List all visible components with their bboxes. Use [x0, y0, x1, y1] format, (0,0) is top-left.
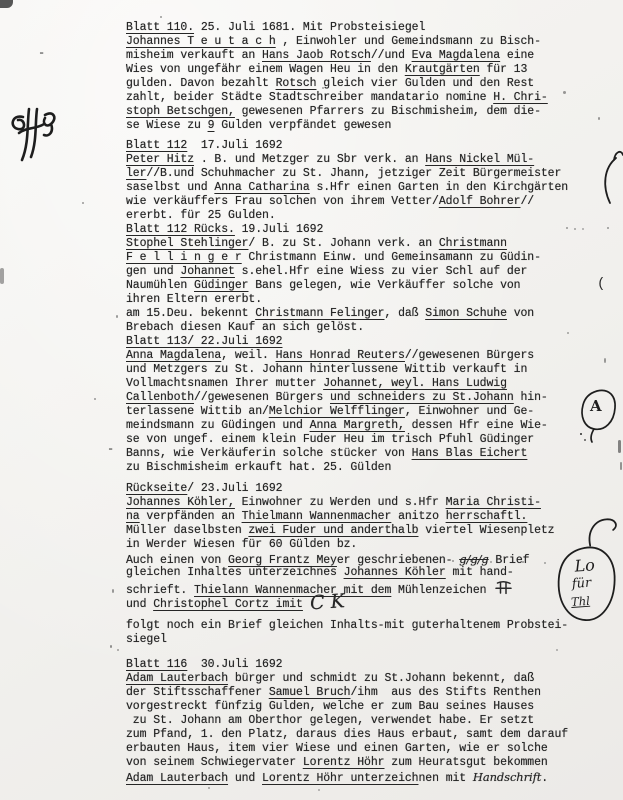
text-segment: Brebach diesen Kauf an sich gelöst.	[126, 321, 364, 334]
text-segment: , Einwohner und Ge-	[405, 405, 534, 418]
text-segment: eine	[500, 49, 534, 62]
scan-speck	[598, 117, 600, 120]
underlined-text: Peter Hitz	[126, 153, 194, 166]
scanned-archive-page: { "document": { "blocks": [ {"lines": [ …	[0, 0, 623, 800]
underlined-text: Johannes Köhler,	[126, 496, 235, 509]
text-segment: gulden. Davon bezahlt	[126, 77, 276, 90]
oval-note-line: für	[571, 576, 591, 592]
text-segment: in Werder Wiesen für 60 Gülden bz.	[126, 538, 357, 551]
scan-speck	[160, 16, 162, 18]
text-segment: 17.Juli 1692	[187, 139, 282, 152]
scan-speck	[522, 561, 524, 563]
scan-speck	[116, 315, 118, 318]
oval-note-line: Thl	[571, 594, 591, 609]
text-line: zum Pfand, 1. den Platz, daraus dies Hau…	[126, 728, 600, 742]
text-segment: , Einwohler und Gemeindsmann zu Bisch-	[276, 35, 541, 48]
text-segment: am 15.Deu. bekennt	[126, 307, 255, 320]
text-line: Blatt 112 17.Juli 1692	[126, 139, 600, 153]
text-line: Anna Magdalena, weil. Hans Honrad Reuter…	[126, 349, 600, 363]
text-segment: der Stiftsschaffener	[126, 686, 269, 699]
underlined-text: Christmann	[439, 237, 507, 250]
text-line: zu St. Johann am Oberthor gelegen, verwe…	[126, 714, 600, 728]
text-line: meindsmann zu Güdingen und Anna Margreth…	[126, 419, 600, 433]
text-segment: wie verkäuffers Frau solchen von ihrem V…	[126, 195, 439, 208]
text-line: se von ungef. einem klein Fuder Heu im t…	[126, 433, 600, 447]
text-segment: ihren Eltern ererbt.	[126, 293, 262, 306]
text-segment: Vollmachtsnamen Ihrer mutter	[126, 377, 323, 390]
scan-speck	[544, 562, 546, 564]
handwritten-text: Handschrift	[473, 770, 541, 784]
text-segment: zum Heuratsgut bekommen	[384, 756, 547, 769]
text-line: Johannes Köhler, Einwohner zu Werden und…	[126, 496, 600, 510]
text-segment: Banns, wie Verkäuferin solche stücker vo…	[126, 447, 412, 460]
text-segment: anitzo	[391, 510, 445, 523]
text-line: wie verkäuffers Frau solchen von ihrem V…	[126, 195, 600, 209]
scan-speck	[490, 561, 492, 563]
underlined-text: Hans Nickel Mül-	[425, 153, 534, 166]
text-line: Blatt 113/ 22.Juli 1692	[126, 335, 600, 349]
text-line: und Metzgers zu St. Johann hinterlussene…	[126, 363, 600, 377]
text-segment: / B. zu St. Johann verk. an	[248, 237, 438, 250]
text-line: am 15.Deu. bekennt Christmann Felinger, …	[126, 307, 600, 321]
text-segment: , weil.	[221, 349, 275, 362]
underlined-text: und schneiders zu St.Johann	[330, 391, 514, 404]
margin-circled-a-note: A	[577, 386, 619, 444]
text-segment: hin-	[514, 391, 548, 404]
text-segment: //	[520, 195, 534, 208]
scan-speck	[620, 462, 622, 470]
text-segment: zum Pfand, 1. den Platz, daraus dies Hau…	[126, 728, 568, 741]
text-line: F e l l i n g e r Christmann Einw. und G…	[126, 251, 600, 265]
underlined-text: Krautgärten	[405, 63, 480, 76]
text-segment: s.ehel.Hfr eine Wiess zu vier Schl auf d…	[235, 265, 527, 278]
scan-speck	[556, 649, 558, 651]
text-segment: zahlt, beider Städte Stadtschreiber mand…	[126, 91, 493, 104]
underlined-text: H. Chri-	[493, 91, 547, 104]
text-line: Wies von ungefähr einem Wagen Heu in den…	[126, 63, 600, 77]
underlined-text: Simon Schuhe	[425, 307, 507, 320]
underlined-text: Callenboth	[126, 391, 194, 404]
text-segment: siegel	[126, 633, 167, 646]
underlined-text: Blatt 112	[126, 139, 187, 152]
text-segment: nen mit	[418, 772, 472, 785]
text-segment: misheim verkauft an	[126, 49, 262, 62]
text-segment: von	[507, 307, 534, 320]
scan-speck	[566, 227, 568, 229]
scan-speck	[607, 227, 609, 229]
text-segment: folgt noch ein Brief gleichen Inhalts-mi…	[126, 619, 568, 632]
scan-speck	[94, 398, 96, 400]
text-line: Banns, wie Verkäuferin solche stücker vo…	[126, 447, 600, 461]
scan-speck	[470, 560, 472, 562]
mill-mark-icon	[495, 580, 512, 595]
text-line: Adam Lauterbach und Lorentz Höhr unterze…	[126, 770, 600, 784]
text-segment: , daß	[384, 307, 425, 320]
text-segment: meindsmann zu Güdingen und	[126, 419, 310, 432]
underlined-text: F e l l i n g e r	[126, 251, 242, 264]
text-segment: ererbt. für 25 Gulden.	[126, 209, 276, 222]
text-segment: Mühlenzeichen	[391, 584, 493, 597]
text-segment: mit hand-	[446, 566, 514, 579]
text-line: se Wiese zu 9 Gulden verpfändet gewesen	[126, 119, 600, 133]
scan-speck	[322, 87, 324, 89]
scan-speck	[0, 268, 4, 284]
underlined-text: Hans Honrad Reuters	[276, 349, 405, 362]
text-segment: dessen Hfr eine Wie-	[405, 419, 548, 432]
text-segment: von seinem Schwiegervater	[126, 756, 303, 769]
text-line: folgt noch ein Brief gleichen Inhalts-mi…	[126, 619, 600, 633]
underlined-text: Adolf Bohrer	[439, 195, 521, 208]
scan-speck	[432, 559, 434, 561]
text-line: vorgestreckt fünfzig Gulden, welche er z…	[126, 700, 600, 714]
text-segment: se Wiese zu	[126, 119, 208, 132]
handwritten-curve-icon	[599, 148, 623, 208]
underlined-text: na	[126, 510, 140, 523]
text-line: Callenboth//gewesenen Bürgers und schnei…	[126, 391, 600, 405]
text-segment: Wies von ungefähr einem Wagen Heu in den	[126, 63, 405, 76]
underlined-text: Eva Magdalena	[412, 49, 500, 62]
text-segment: gen und	[126, 265, 180, 278]
text-segment: .	[541, 772, 548, 785]
scan-speck	[318, 789, 320, 791]
scan-speck	[582, 228, 584, 230]
margin-oval-note: Lo für Thl	[542, 513, 623, 630]
underlined-text: Anna Magdalena	[126, 349, 221, 362]
text-segment: zu Bischmisheim erkauft hat. 25. Gülden	[126, 461, 391, 474]
text-segment: 19.Juli 1692	[235, 223, 323, 236]
underlined-text: Lorentz Höhr	[303, 756, 385, 769]
handwritten-text: g/g/g	[459, 552, 488, 566]
text-line: Rückseite/ 23.Juli 1692	[126, 482, 600, 496]
text-line: Peter Hitz . B. und Metzger zu Sbr verk.…	[126, 153, 600, 167]
oval-note-line: Lo	[574, 555, 596, 575]
underlined-text: Hans Jaob Rotsch	[262, 49, 371, 62]
text-line: gulden. Davon bezahlt Rotsch gleich vier…	[126, 77, 600, 91]
underlined-text: Johannes T e u t a c h	[126, 35, 276, 48]
document-block: Blatt 113/ 22.Juli 1692Anna Magdalena, w…	[126, 335, 600, 475]
text-segment: //B.und Schuhmacher zu St. Jhann, jetzig…	[146, 167, 561, 180]
text-line: ererbt. für 25 Gulden.	[126, 209, 600, 223]
scan-speck	[0, 0, 13, 8]
text-line: Müller daselbsten zwei Fuder und anderth…	[126, 524, 600, 538]
underlined-text: zwei Fuder und anderthalb	[248, 524, 418, 537]
underlined-text: Melchior Welfflinger	[269, 405, 405, 418]
text-segment: //gewesenen Bürgers	[405, 349, 534, 362]
circled-a-letter: A	[590, 397, 602, 415]
text-segment: und	[228, 772, 262, 785]
underlined-text: Blatt 110.	[126, 21, 194, 34]
underlined-text: Johannet, weyl. Hans Ludwig	[323, 377, 507, 390]
underlined-text: Samuel Bruch	[269, 686, 351, 699]
document-block: Blatt 112 17.Juli 1692Peter Hitz . B. un…	[126, 139, 600, 223]
underlined-text: Rückseite	[126, 482, 187, 495]
text-segment: saselbst und	[126, 181, 214, 194]
scan-speck	[563, 91, 566, 94]
text-segment: gleichen Inhaltes unterzeichnes	[126, 566, 344, 579]
underlined-text: Hans Blas Eichert	[412, 447, 528, 460]
text-segment: Einwohner zu Werden und s.Hfr	[235, 496, 446, 509]
text-line: ler//B.und Schuhmacher zu St. Jhann, jet…	[126, 167, 600, 181]
underlined-text: Blatt 112 Rücks.	[126, 223, 235, 236]
underlined-text: Stophel Stehlinger	[126, 237, 248, 250]
document-block: folgt noch ein Brief gleichen Inhalts-mi…	[126, 619, 600, 647]
scan-speck	[567, 332, 569, 334]
text-segment: 25. Juli 1681. Mit Probsteisiegel	[194, 21, 425, 34]
text-line: siegel	[126, 633, 600, 647]
scan-speck	[117, 649, 119, 651]
text-segment: //gewesenen Bürgers	[194, 391, 330, 404]
text-line: der Stiftsschaffener Samuel Bruch/ihm au…	[126, 686, 600, 700]
margin-dash-mark: -	[38, 46, 45, 60]
text-line: Blatt 110. 25. Juli 1681. Mit Probsteisi…	[126, 21, 600, 35]
text-line: Auch einen von Georg Frantz Meyer geschr…	[126, 552, 600, 566]
text-line: Brebach diesen Kauf an sich gelöst.	[126, 321, 600, 335]
text-segment: Christmann Einw. und Gemeinsamann zu Güd…	[242, 251, 541, 264]
scan-speck	[452, 560, 454, 562]
text-segment: se von ungef. einem klein Fuder Heu im t…	[126, 433, 534, 446]
text-segment: Gulden verpfändet gewesen	[214, 119, 391, 132]
text-segment: gleich vier Gulden und den Rest	[316, 77, 534, 90]
text-segment: s.Hfr einen Garten in den Kirchgärten	[310, 181, 568, 194]
text-line: zahlt, beider Städte Stadtschreiber mand…	[126, 91, 600, 105]
scan-speck	[112, 589, 114, 593]
underlined-text: Adam Lauterbach	[126, 772, 228, 785]
text-segment: /ihm aus des Stifts Renthen	[350, 686, 540, 699]
underlined-text: Maria Christi-	[446, 496, 541, 509]
underlined-text: Adam Lauterbach	[126, 672, 228, 685]
underlined-text: Johannet	[180, 265, 234, 278]
text-segment: Bans gelegen, wie Verkäuffer solche von	[248, 279, 520, 292]
scan-speck	[208, 787, 210, 789]
text-segment: . B. und Metzger zu Sbr verk. an	[194, 153, 425, 166]
text-line: Blatt 116 30.Juli 1692	[126, 658, 600, 672]
underlined-text: herrschaftl.	[446, 510, 528, 523]
underlined-text: Lorentz Höhr unterzeich	[262, 772, 418, 785]
text-line: na verpfänden an Thielmann Wannenmacher …	[126, 510, 600, 524]
margin-paren-mark: (	[597, 276, 605, 292]
text-line: ihren Eltern ererbt.	[126, 293, 600, 307]
text-segment	[303, 598, 310, 611]
handwritten-monogram-icon	[6, 102, 64, 166]
text-segment: 30.Juli 1692	[187, 658, 282, 671]
text-segment: //und	[371, 49, 412, 62]
text-line: in Werder Wiesen für 60 Gülden bz.	[126, 538, 600, 552]
text-line: gleichen Inhaltes unterzeichnes Johannes…	[126, 566, 600, 580]
underlined-text: Christmann Felinger	[255, 307, 384, 320]
text-segment: für 13	[480, 63, 528, 76]
text-line: erbauten Haus, item vier Wiese und einen…	[126, 742, 600, 756]
text-line: Stophel Stehlinger/ B. zu St. Johann ver…	[126, 237, 600, 251]
underlined-text: Rotsch	[276, 77, 317, 90]
text-line: schrieft. Thielann Wannenmacher mit dem …	[126, 580, 600, 594]
text-line: stoph Betschgen, gewesenen Pfarrers zu B…	[126, 105, 600, 119]
document-block: Rückseite/ 23.Juli 1692Johannes Köhler, …	[126, 482, 600, 608]
text-segment: vorgestreckt fünfzig Gulden, welche er z…	[126, 700, 534, 713]
circle-stroke-icon	[577, 386, 619, 444]
text-line: Blatt 112 Rücks. 19.Juli 1692	[126, 223, 600, 237]
text-segment: / 23.Juli 1692	[187, 482, 282, 495]
scan-speck	[618, 440, 621, 453]
text-line: Adam Lauterbach bürger und schmidt zu St…	[126, 672, 600, 686]
text-line: gen und Johannet s.ehel.Hfr eine Wiess z…	[126, 265, 600, 279]
document-text: Blatt 110. 25. Juli 1681. Mit Probsteisi…	[126, 21, 600, 784]
text-segment: und Metzgers zu St. Johann hinterlussene…	[126, 363, 527, 376]
underlined-text: Anna Margreth,	[310, 419, 405, 432]
text-segment: erbauten Haus, item vier Wiese und einen…	[126, 742, 548, 755]
underlined-text: Anna Catharina	[214, 181, 309, 194]
text-segment: verpfänden an	[140, 510, 242, 523]
text-line: Vollmachtsnamen Ihrer mutter Johannet, w…	[126, 377, 600, 391]
scan-speck	[110, 645, 112, 648]
text-line: saselbst und Anna Catharina s.Hfr einen …	[126, 181, 600, 195]
text-segment: Müller daselbsten	[126, 524, 248, 537]
text-line: Naumühlen Güdinger Bans gelegen, wie Ver…	[126, 279, 600, 293]
text-line: von seinem Schwiegervater Lorentz Höhr z…	[126, 756, 600, 770]
text-segment: gewesenen Pfarrers zu Bischmisheim, dem …	[235, 105, 541, 118]
scan-speck	[604, 358, 606, 363]
document-block: Blatt 116 30.Juli 1692Adam Lauterbach bü…	[126, 658, 600, 784]
text-segment: bürger und schmidt zu St.Johann bekennt,…	[228, 672, 534, 685]
document-block: Blatt 110. 25. Juli 1681. Mit Probsteisi…	[126, 21, 600, 133]
text-segment: und	[126, 598, 153, 611]
underlined-text: stoph Betschgen,	[126, 105, 235, 118]
underlined-text: Blatt 116	[126, 658, 187, 671]
text-line: misheim verkauft an Hans Jaob Rotsch//un…	[126, 49, 600, 63]
text-segment: Naumühlen	[126, 279, 194, 292]
text-line: Johannes T e u t a c h , Einwohler und G…	[126, 35, 600, 49]
document-block: Blatt 112 Rücks. 19.Juli 1692Stophel Ste…	[126, 223, 600, 335]
underlined-text: Christophel Cortz imit	[153, 598, 303, 611]
handwritten-text: CK	[309, 594, 351, 611]
text-segment: viertel Wiesenpletz	[418, 524, 554, 537]
text-line: zu Bischmisheim erkauft hat. 25. Gülden	[126, 461, 600, 475]
underlined-text: Johannes Köhler	[344, 566, 446, 579]
underlined-text: Güdinger	[194, 279, 248, 292]
underlined-text: Blatt 113/ 22.Juli 1692	[126, 335, 282, 348]
text-segment: zu St. Johann am Oberthor gelegen, verwe…	[126, 714, 534, 727]
scan-speck	[574, 228, 576, 230]
margin-dash-mark: -	[107, 442, 114, 456]
text-line: terlassene Wittib an/Melchior Welfflinge…	[126, 405, 600, 419]
underlined-text: Thielmann Wannenmacher	[242, 510, 392, 523]
scan-speck	[82, 202, 84, 204]
text-segment: terlassene Wittib an/	[126, 405, 269, 418]
underlined-text: ler	[126, 167, 146, 180]
